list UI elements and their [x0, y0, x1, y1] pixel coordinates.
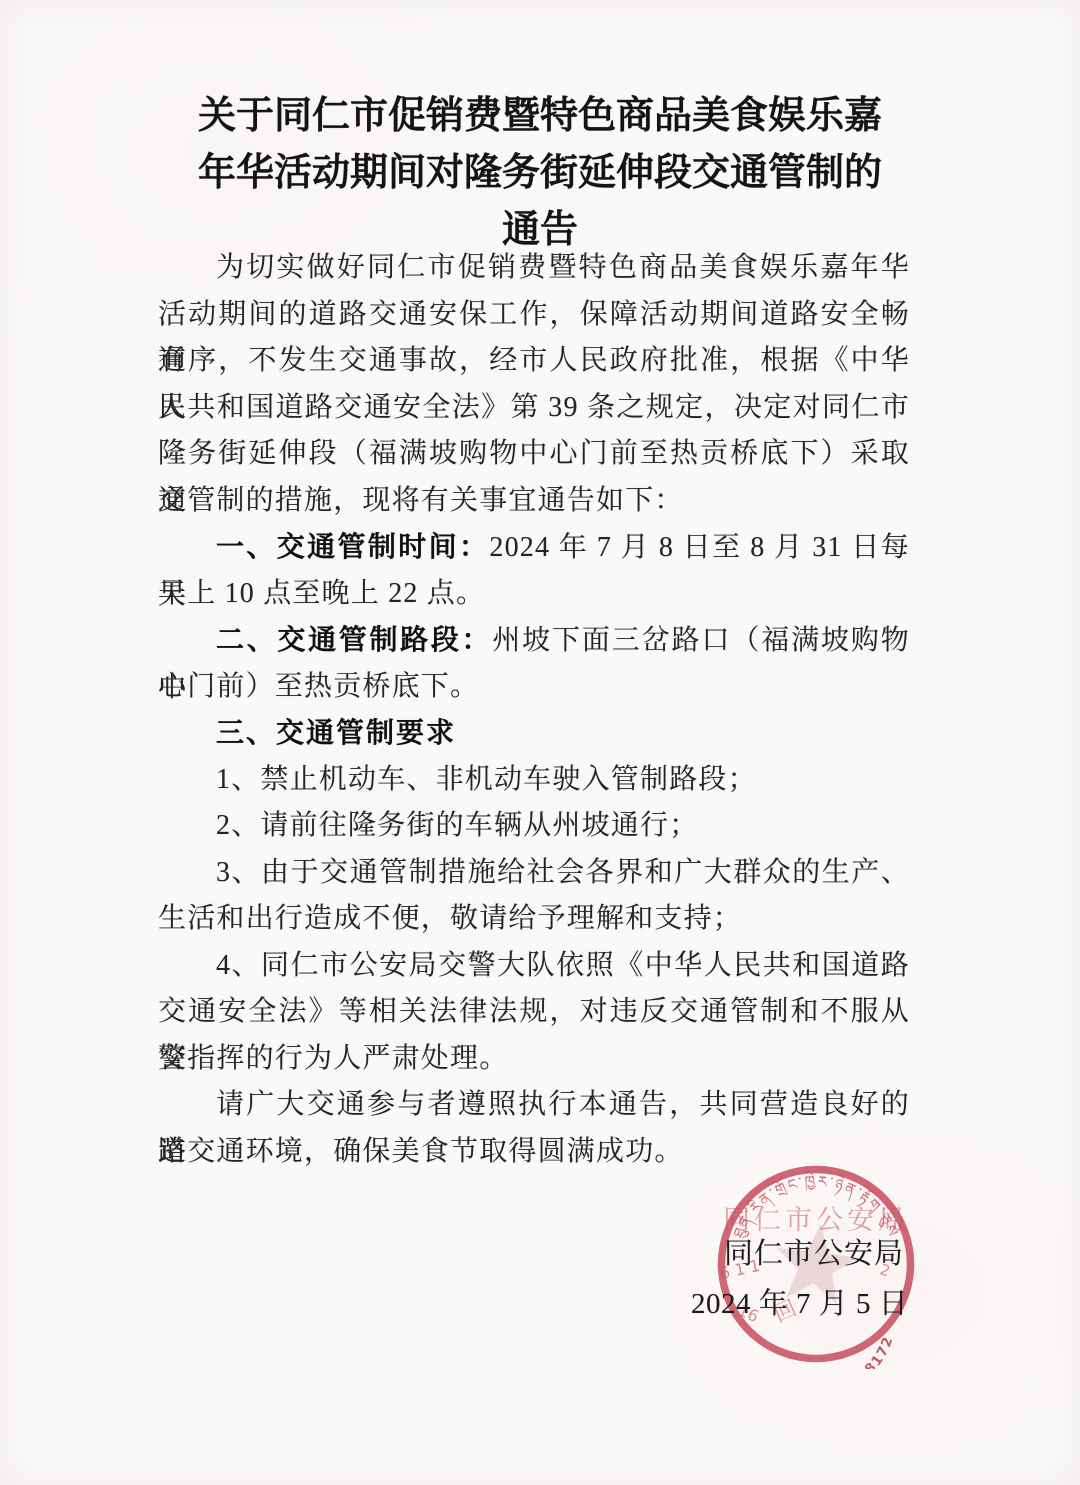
- body-line: 三、交通管制要求: [158, 710, 910, 757]
- body-text: 民共和国道路交通安全法》第 39 条之规定，决定对同仁市: [158, 392, 910, 423]
- body-line: 有序，不发生交通事故，经市人民政府批准，根据《中华人: [158, 338, 910, 385]
- body-line: 3、由于交通管制措施给社会各界和广大群众的生产、: [158, 850, 910, 897]
- body-line: 2、请前往隆务街的车辆从州坡通行；: [158, 803, 910, 850]
- section-heading: 三、交通管制要求: [216, 717, 456, 748]
- body-line: 交通安全法》等相关法律法规，对违反交通管制和不服从交: [158, 989, 910, 1036]
- body-text: 4、同仁市公安局交警大队依照《中华人民共和国道路: [216, 950, 910, 981]
- body-text: 1、禁止机动车、非机动车驶入管制路段；: [216, 764, 757, 795]
- body-line: 警指挥的行为人严肃处理。: [158, 1036, 910, 1083]
- body-line: 一、交通管制时间：2024 年 7 月 8 日至 8 月 31 日每天: [158, 524, 910, 571]
- notice-title: 关于同仁市促销费暨特色商品美食娱乐嘉 年华活动期间对隆务街延伸段交通管制的 通告: [90, 88, 990, 259]
- title-line: 关于同仁市促销费暨特色商品美食娱乐嘉: [90, 88, 990, 145]
- section-heading: 二、交通管制路段：: [216, 624, 492, 655]
- issue-date: 2024 年 7 月 5 日: [691, 1281, 908, 1322]
- body-text: 通管制的措施，现将有关事宜通告如下：: [158, 485, 684, 516]
- body-line: 为切实做好同仁市促销费暨特色商品美食娱乐嘉年华: [158, 245, 910, 292]
- body-line: 心门前）至热贡桥底下。: [158, 664, 910, 711]
- body-line: 1、禁止机动车、非机动车驶入管制路段；: [158, 757, 910, 804]
- title-line: 年华活动期间对隆务街延伸段交通管制的: [90, 145, 990, 202]
- notice-page: 关于同仁市促销费暨特色商品美食娱乐嘉 年华活动期间对隆务街延伸段交通管制的 通告…: [0, 0, 1080, 1485]
- body-text: 早上 10 点至晚上 22 点。: [158, 578, 485, 609]
- body-line: 二、交通管制路段：州坡下面三岔路口（福满坡购物中: [158, 617, 910, 664]
- body-text: 生活和出行造成不便，敬请给予理解和支持；: [158, 903, 742, 934]
- body-line: 隆务街延伸段（福满坡购物中心门前至热贡桥底下）采取交: [158, 431, 910, 478]
- body-line: 民共和国道路交通安全法》第 39 条之规定，决定对同仁市: [158, 385, 910, 432]
- body-line: 生活和出行造成不便，敬请给予理解和支持；: [158, 896, 910, 943]
- body-text: 心门前）至热贡桥底下。: [158, 671, 479, 702]
- body-line: 4、同仁市公安局交警大队依照《中华人民共和国道路: [158, 943, 910, 990]
- body-text: 2、请前往隆务街的车辆从州坡通行；: [216, 810, 698, 841]
- body-line: 请广大交通参与者遵照执行本通告，共同营造良好的道: [158, 1082, 910, 1129]
- issuing-agency: 同仁市公安局: [724, 1231, 904, 1272]
- body-line: 活动期间的道路交通安保工作，保障活动期间道路安全畅通: [158, 292, 910, 339]
- body-line: 早上 10 点至晚上 22 点。: [158, 571, 910, 618]
- section-heading: 一、交通管制时间：: [216, 531, 489, 562]
- body-text: 路交通环境，确保美食节取得圆满成功。: [158, 1136, 684, 1167]
- body-text: 为切实做好同仁市促销费暨特色商品美食娱乐嘉年华: [216, 252, 910, 283]
- body-line: 通管制的措施，现将有关事宜通告如下：: [158, 478, 910, 525]
- body-text: 3、由于交通管制措施给社会各界和广大群众的生产、: [216, 857, 910, 888]
- notice-body: 为切实做好同仁市促销费暨特色商品美食娱乐嘉年华活动期间的道路交通安保工作，保障活…: [158, 245, 910, 1175]
- body-text: 警指挥的行为人严肃处理。: [158, 1043, 508, 1074]
